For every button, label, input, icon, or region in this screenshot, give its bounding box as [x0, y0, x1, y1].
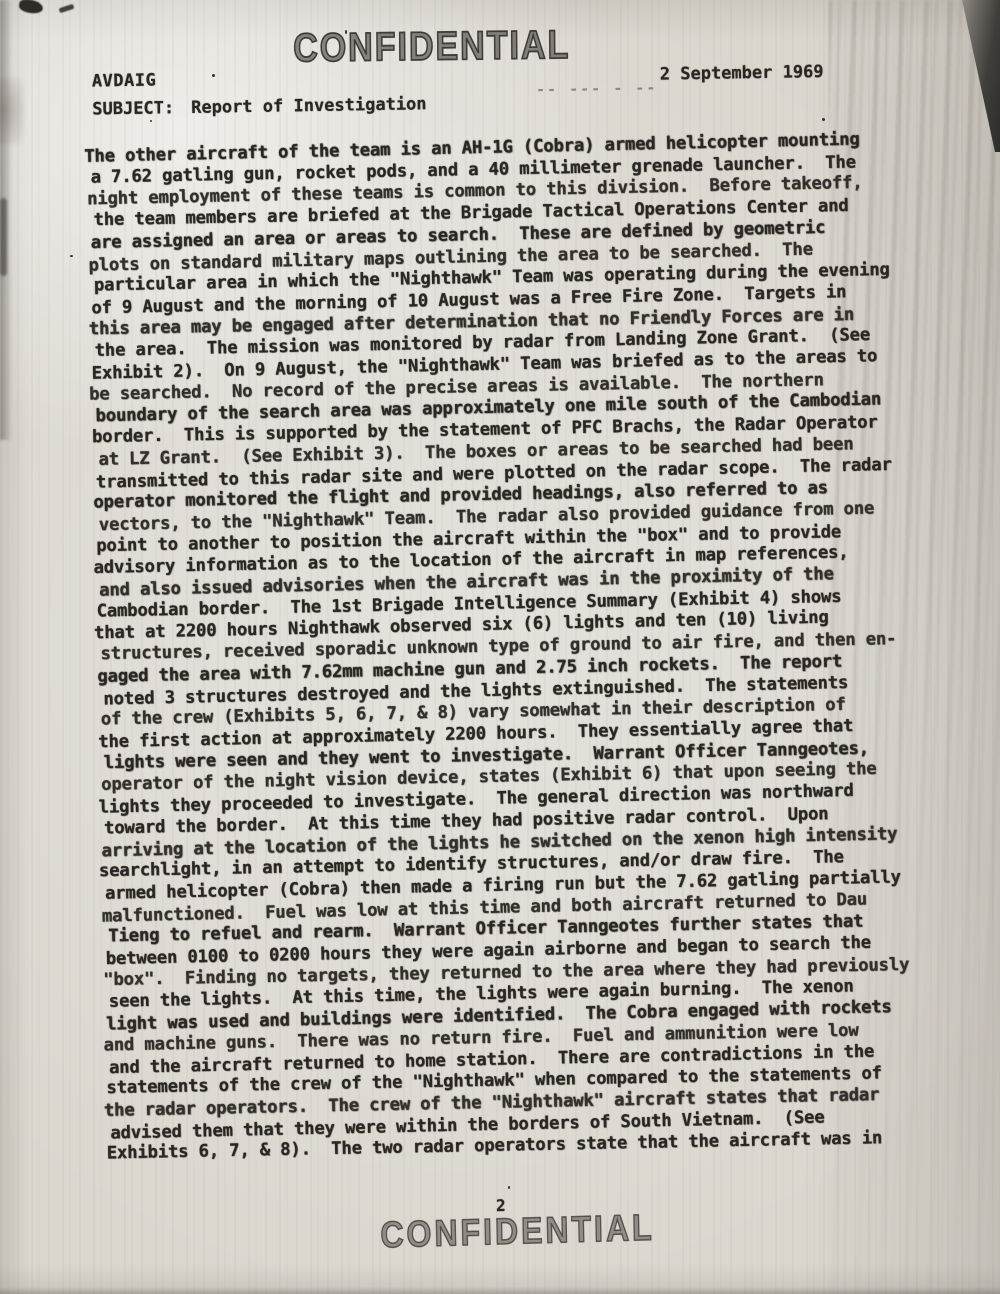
office-symbol: AVDAIG: [92, 70, 157, 91]
classification-stamp-bottom: CONFIDENTIAL: [380, 1206, 655, 1256]
ink-blot: [18, 0, 44, 15]
scan-smudge: [0, 198, 7, 276]
scan-edge-shadow: [0, 1287, 1000, 1294]
subject-text: Report of Investigation: [191, 94, 427, 118]
scanned-document-page: CONFIDENTIAL AVDAIG SUBJECT:Report of In…: [0, 0, 1000, 1294]
corner-shadow: [950, 0, 1000, 152]
classification-stamp-top: CONFIDENTIAL: [293, 23, 570, 72]
scan-smudge: [0, 78, 24, 144]
document-date: 2 September 1969: [660, 62, 824, 85]
pencil-dashes: -- --- - --: [536, 79, 658, 99]
subject-label: SUBJECT:: [92, 98, 174, 119]
subject-line: SUBJECT:Report of Investigation: [92, 94, 427, 119]
document-header: AVDAIG SUBJECT:Report of Investigation -…: [0, 0, 998, 1]
ink-speck: [822, 118, 825, 121]
ink-speck: [212, 74, 215, 77]
ink-speck: [70, 255, 73, 257]
document-body: The other aircraft of the team is an AH-…: [88, 128, 961, 1165]
ink-blot: [59, 4, 75, 13]
ink-speck: [508, 1186, 510, 1189]
ink-speck: [150, 120, 152, 122]
